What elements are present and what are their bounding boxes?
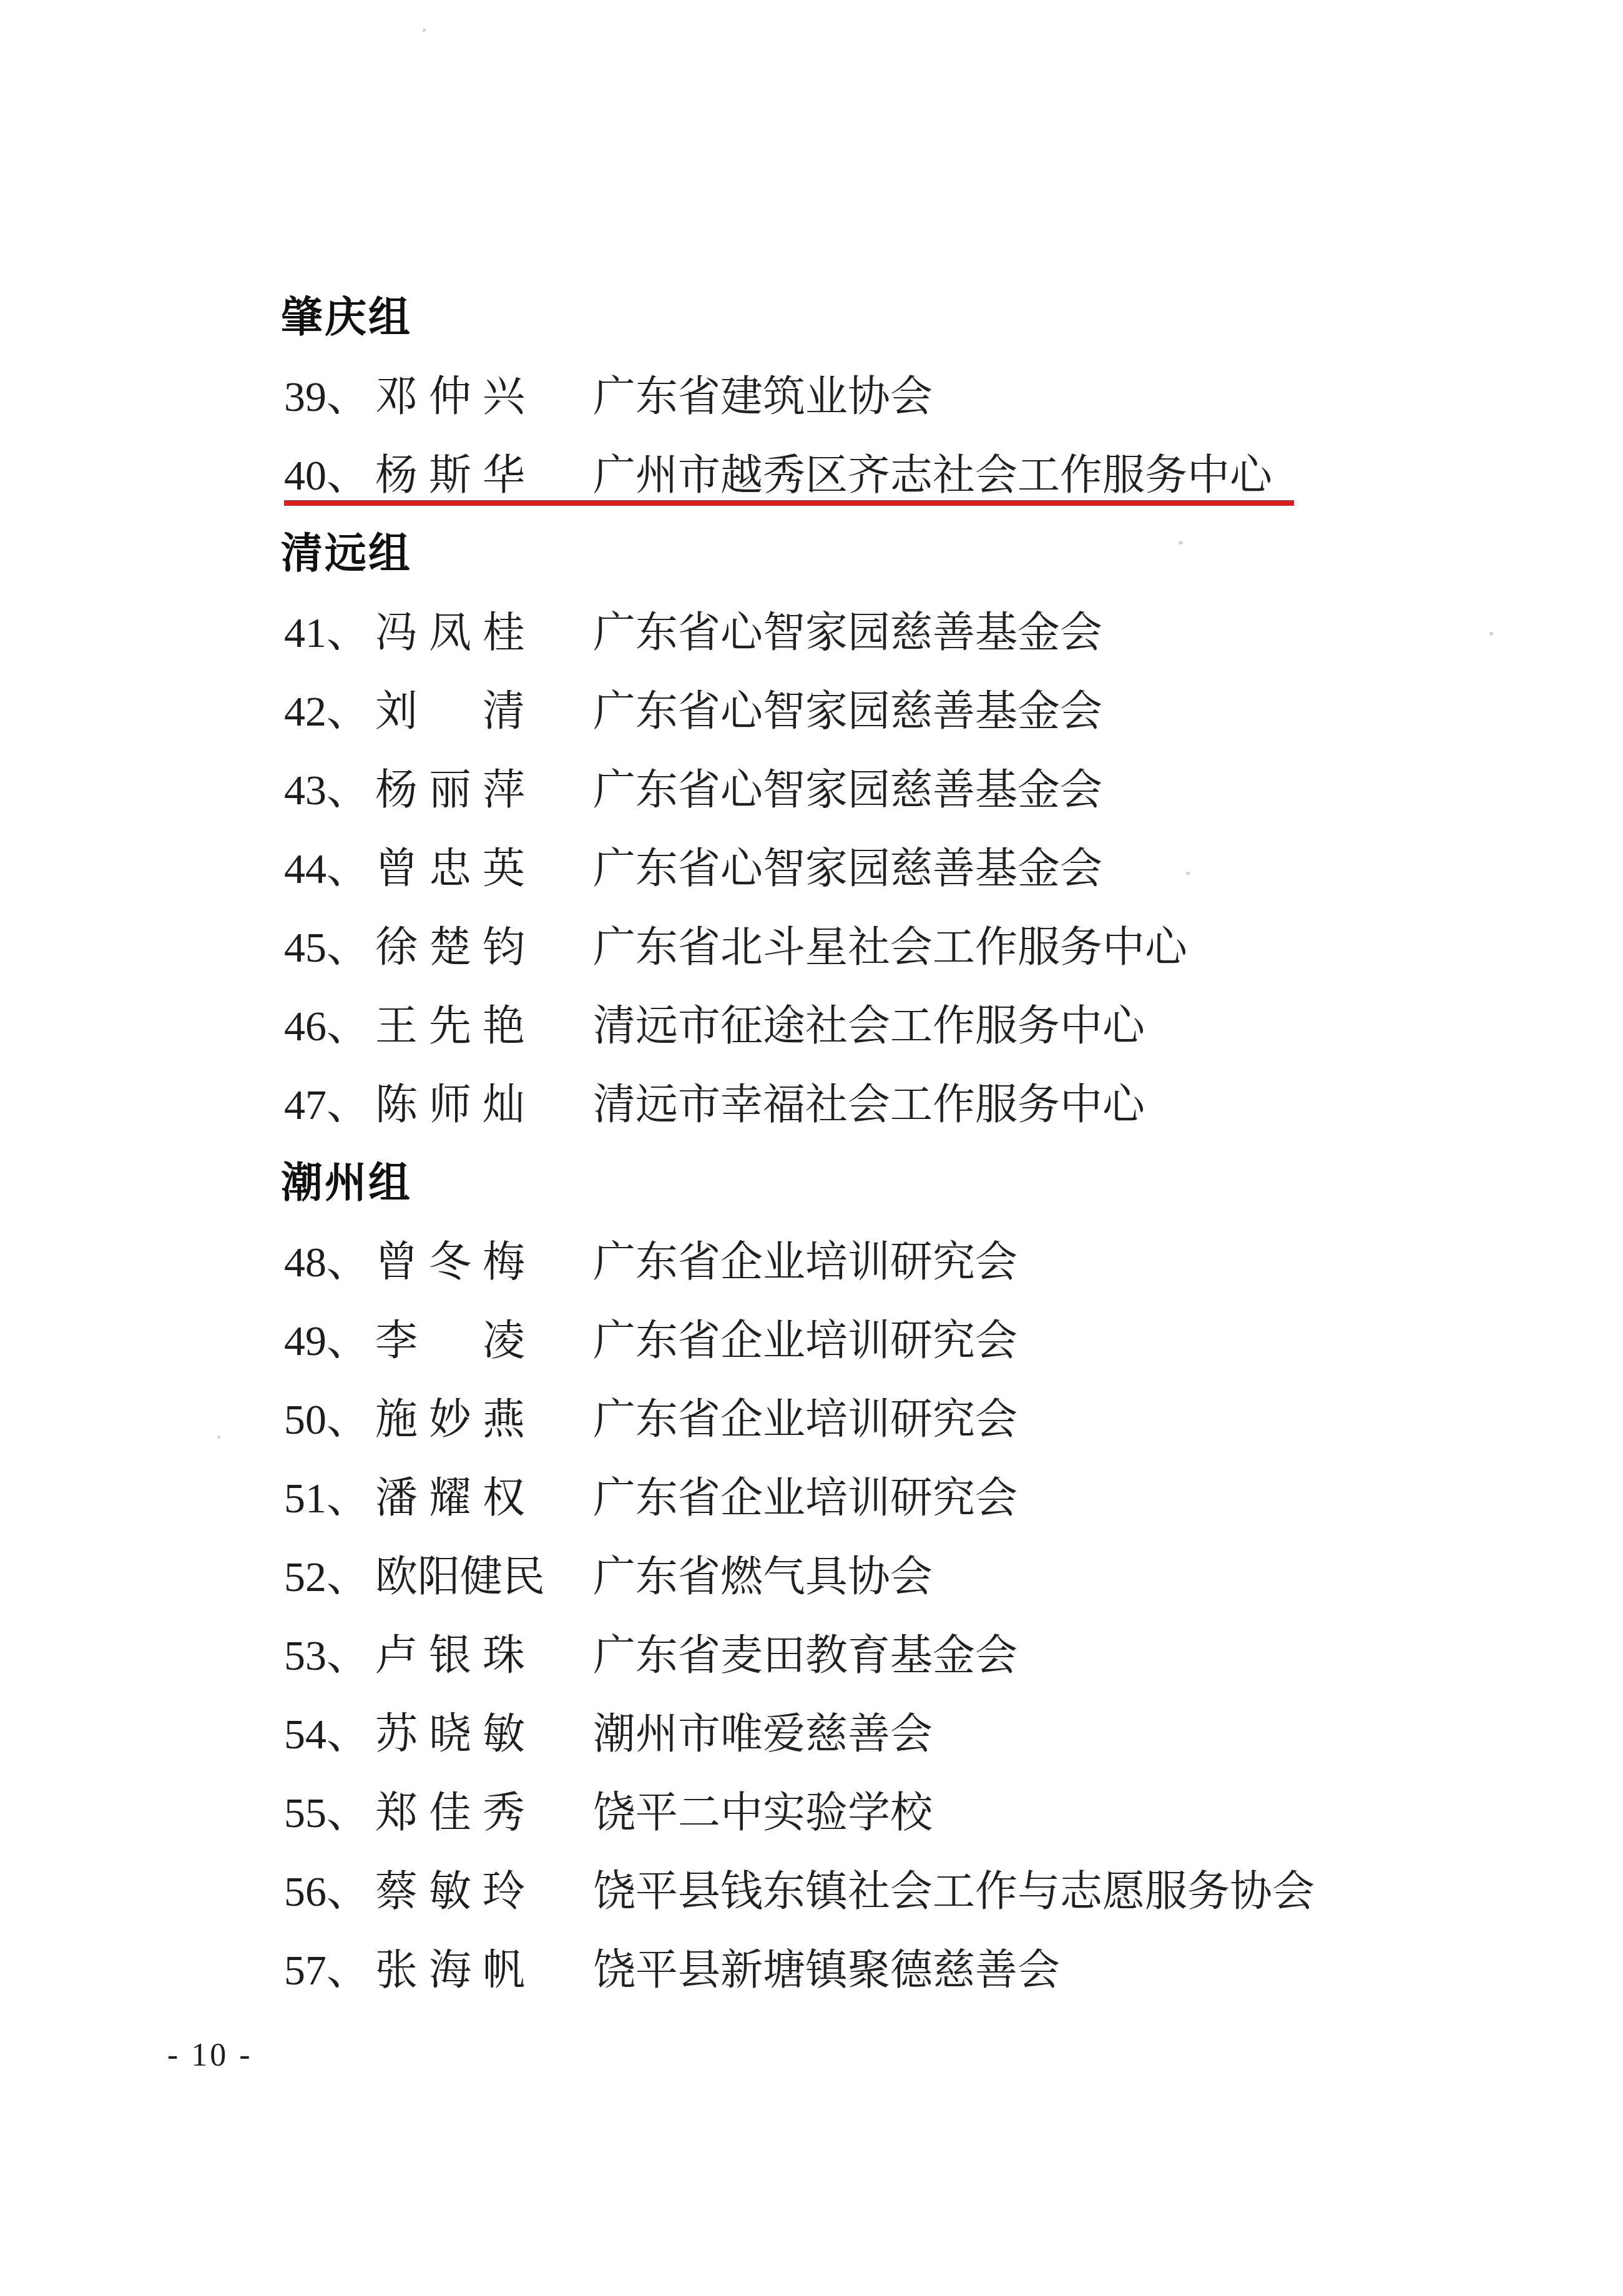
entry-number-name: 55、郑佳秀 [284,1779,525,1840]
entry-name: 卢银珠 [375,1622,525,1682]
list-item: 43、杨丽萍广东省心智家园慈善基金会 [0,747,1623,825]
entry-organization: 广东省麦田教育基金会 [593,1622,1017,1682]
list-item: 41、冯凤桂广东省心智家园慈善基金会 [0,589,1623,668]
entry-number-name: 54、苏晓敏 [284,1700,525,1761]
entry-number: 44、 [284,835,375,895]
entry-number-name: 49、李凌 [284,1307,525,1367]
entry-number: 56、 [284,1858,375,1918]
entry-organization: 广东省北斗星社会工作服务中心 [593,914,1187,974]
entry-organization: 广东省企业培训研究会 [593,1464,1017,1525]
entry-name: 曾忠英 [375,835,525,895]
entry-organization: 广东省心智家园慈善基金会 [593,756,1102,817]
entry-name: 徐楚钧 [375,914,525,974]
list-item: 53、卢银珠广东省麦田教育基金会 [0,1612,1623,1691]
scan-artifact [1489,632,1493,636]
entry-organization: 饶平二中实验学校 [593,1779,933,1840]
list-item: 45、徐楚钧广东省北斗星社会工作服务中心 [0,904,1623,983]
entry-number-name: 51、潘耀权 [284,1464,525,1525]
document-page: 肇庆组39、邓仲兴广东省建筑业协会40、杨斯华广州市越秀区齐志社会工作服务中心清… [0,0,1623,2296]
entry-number-name: 47、陈师灿 [284,1071,525,1131]
list-item: 51、潘耀权广东省企业培训研究会 [0,1455,1623,1534]
entry-name: 蔡敏玲 [375,1858,525,1918]
group-header: 肇庆组 [0,275,1623,353]
group-header-label: 肇庆组 [281,284,412,344]
name-list: 肇庆组39、邓仲兴广东省建筑业协会40、杨斯华广州市越秀区齐志社会工作服务中心清… [0,275,1623,2006]
entry-organization: 广东省企业培训研究会 [593,1228,1017,1289]
list-item: 52、欧阳健民广东省燃气具协会 [0,1534,1623,1612]
entry-organization: 清远市幸福社会工作服务中心 [593,1071,1145,1131]
list-item: 47、陈师灿清远市幸福社会工作服务中心 [0,1062,1623,1140]
entry-name: 王先艳 [375,992,525,1053]
entry-organization: 清远市征途社会工作服务中心 [593,992,1145,1053]
entry-name: 欧阳健民 [375,1543,545,1604]
entry-number: 47、 [284,1071,375,1131]
entry-number: 50、 [284,1386,375,1446]
entry-name: 曾冬梅 [375,1228,525,1289]
entry-name: 郑佳秀 [375,1779,525,1840]
entry-number-name: 40、杨斯华 [284,441,525,502]
list-item: 49、李凌广东省企业培训研究会 [0,1298,1623,1376]
entry-organization: 饶平县钱东镇社会工作与志愿服务协会 [593,1858,1315,1918]
group-header-label: 清远组 [281,520,412,580]
list-item: 57、张海帆饶平县新塘镇聚德慈善会 [0,1927,1623,2006]
entry-number: 41、 [284,599,375,659]
entry-number-name: 43、杨丽萍 [284,756,525,817]
entry-name: 杨丽萍 [375,756,525,817]
scan-artifact [217,1435,220,1439]
group-header: 潮州组 [0,1140,1623,1219]
entry-number-name: 39、邓仲兴 [284,363,525,423]
list-item: 54、苏晓敏潮州市唯爱慈善会 [0,1691,1623,1770]
entry-organization: 饶平县新塘镇聚德慈善会 [593,1936,1060,1997]
entry-number-name: 46、王先艳 [284,992,525,1053]
entry-number-name: 53、卢银珠 [284,1622,525,1682]
entry-number: 54、 [284,1700,375,1761]
entry-number-name: 50、施妙燕 [284,1386,525,1446]
entry-number: 49、 [284,1307,375,1367]
group-header-label: 潮州组 [281,1150,412,1210]
entry-number: 52、 [284,1543,375,1604]
entry-number: 46、 [284,992,375,1053]
entry-name: 杨斯华 [375,441,525,502]
entry-number-name: 56、蔡敏玲 [284,1858,525,1918]
entry-organization: 潮州市唯爱慈善会 [593,1700,933,1761]
entry-organization: 广州市越秀区齐志社会工作服务中心 [593,441,1272,502]
entry-name: 冯凤桂 [375,599,525,659]
scan-artifact [1179,541,1183,544]
entry-number-name: 52、欧阳健民 [284,1543,545,1604]
entry-name: 陈师灿 [375,1071,525,1131]
list-item: 42、刘清广东省心智家园慈善基金会 [0,668,1623,747]
group-header: 清远组 [0,511,1623,589]
entry-number-name: 41、冯凤桂 [284,599,525,659]
scan-artifact [1186,872,1190,875]
highlight-underline [284,500,1294,506]
entry-name: 邓仲兴 [375,363,525,423]
entry-organization: 广东省建筑业协会 [593,363,933,423]
entry-number: 51、 [284,1464,375,1525]
list-item: 48、曾冬梅广东省企业培训研究会 [0,1219,1623,1298]
list-item: 56、蔡敏玲饶平县钱东镇社会工作与志愿服务协会 [0,1848,1623,1927]
entry-name: 李凌 [375,1307,525,1367]
entry-number-name: 42、刘清 [284,677,525,738]
list-item: 39、邓仲兴广东省建筑业协会 [0,353,1623,432]
entry-organization: 广东省心智家园慈善基金会 [593,677,1102,738]
entry-number: 39、 [284,363,375,423]
entry-organization: 广东省燃气具协会 [593,1543,933,1604]
entry-number: 53、 [284,1622,375,1682]
entry-number: 55、 [284,1779,375,1840]
entry-number: 43、 [284,756,375,817]
entry-name: 施妙燕 [375,1386,525,1446]
entry-number-name: 48、曾冬梅 [284,1228,525,1289]
scan-artifact [423,29,426,32]
list-item: 46、王先艳清远市征途社会工作服务中心 [0,983,1623,1062]
list-item: 40、杨斯华广州市越秀区齐志社会工作服务中心 [0,432,1623,511]
entry-organization: 广东省企业培训研究会 [593,1386,1017,1446]
entry-name: 潘耀权 [375,1464,525,1525]
entry-number: 40、 [284,441,375,502]
entry-name: 刘清 [375,677,525,738]
entry-name: 苏晓敏 [375,1700,525,1761]
entry-number: 57、 [284,1936,375,1997]
entry-number: 48、 [284,1228,375,1289]
page-number: - 10 - [167,2037,253,2074]
list-item: 55、郑佳秀饶平二中实验学校 [0,1770,1623,1848]
entry-number: 42、 [284,677,375,738]
list-item: 50、施妙燕广东省企业培训研究会 [0,1376,1623,1455]
entry-number-name: 45、徐楚钧 [284,914,525,974]
entry-organization: 广东省心智家园慈善基金会 [593,599,1102,659]
entry-name: 张海帆 [375,1936,525,1997]
entry-organization: 广东省企业培训研究会 [593,1307,1017,1367]
entry-number: 45、 [284,914,375,974]
list-item: 44、曾忠英广东省心智家园慈善基金会 [0,825,1623,904]
entry-number-name: 57、张海帆 [284,1936,525,1997]
entry-organization: 广东省心智家园慈善基金会 [593,835,1102,895]
entry-number-name: 44、曾忠英 [284,835,525,895]
